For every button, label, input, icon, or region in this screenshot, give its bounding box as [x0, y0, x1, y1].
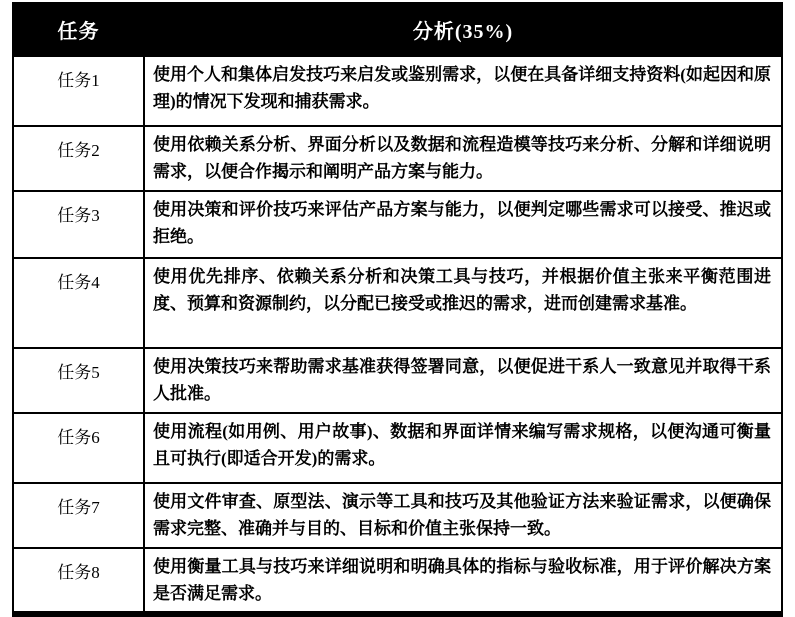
next-table-header-partial: [12, 612, 783, 617]
table-row: 任务1 使用个人和集体启发技巧来启发或鉴别需求，以便在具备详细支持资料(如起因和…: [13, 56, 782, 126]
task-label: 任务3: [13, 191, 144, 258]
analysis-tasks-table: 任务 分析(35%) 任务1 使用个人和集体启发技巧来启发或鉴别需求，以便在具备…: [12, 2, 783, 613]
task-label: 任务6: [13, 413, 144, 483]
task-description: 使用文件审查、原型法、演示等工具和技巧及其他验证方法来验证需求，以便确保需求完整…: [144, 483, 782, 548]
table-row: 任务8 使用衡量工具与技巧来详细说明和明确具体的指标与验收标准，用于评价解决方案…: [13, 548, 782, 612]
table-row: 任务2 使用依赖关系分析、界面分析以及数据和流程造模等技巧来分析、分解和详细说明…: [13, 126, 782, 191]
header-col-analysis: 分析(35%): [144, 3, 782, 56]
task-label: 任务4: [13, 258, 144, 348]
table-row: 任务3 使用决策和评价技巧来评估产品方案与能力，以便判定哪些需求可以接受、推迟或…: [13, 191, 782, 258]
table-row: 任务6 使用流程(如用例、用户故事)、数据和界面详情来编写需求规格，以便沟通可衡…: [13, 413, 782, 483]
table-row: 任务4 使用优先排序、依赖关系分析和决策工具与技巧，并根据价值主张来平衡范围进度…: [13, 258, 782, 348]
task-label: 任务5: [13, 348, 144, 413]
task-label: 任务8: [13, 548, 144, 612]
task-description: 使用衡量工具与技巧来详细说明和明确具体的指标与验收标准，用于评价解决方案是否满足…: [144, 548, 782, 612]
header-col-task: 任务: [13, 3, 144, 56]
table-header-row: 任务 分析(35%): [13, 3, 782, 56]
task-description: 使用优先排序、依赖关系分析和决策工具与技巧，并根据价值主张来平衡范围进度、预算和…: [144, 258, 782, 348]
task-description: 使用决策和评价技巧来评估产品方案与能力，以便判定哪些需求可以接受、推迟或拒绝。: [144, 191, 782, 258]
table-row: 任务5 使用决策技巧来帮助需求基准获得签署同意，以便促进干系人一致意见并取得干系…: [13, 348, 782, 413]
task-description: 使用决策技巧来帮助需求基准获得签署同意，以便促进干系人一致意见并取得干系人批准。: [144, 348, 782, 413]
task-label: 任务2: [13, 126, 144, 191]
task-label: 任务1: [13, 56, 144, 126]
table-row: 任务7 使用文件审查、原型法、演示等工具和技巧及其他验证方法来验证需求，以便确保…: [13, 483, 782, 548]
task-description: 使用个人和集体启发技巧来启发或鉴别需求，以便在具备详细支持资料(如起因和原理)的…: [144, 56, 782, 126]
task-description: 使用依赖关系分析、界面分析以及数据和流程造模等技巧来分析、分解和详细说明需求，以…: [144, 126, 782, 191]
task-label: 任务7: [13, 483, 144, 548]
task-description: 使用流程(如用例、用户故事)、数据和界面详情来编写需求规格，以便沟通可衡量且可执…: [144, 413, 782, 483]
